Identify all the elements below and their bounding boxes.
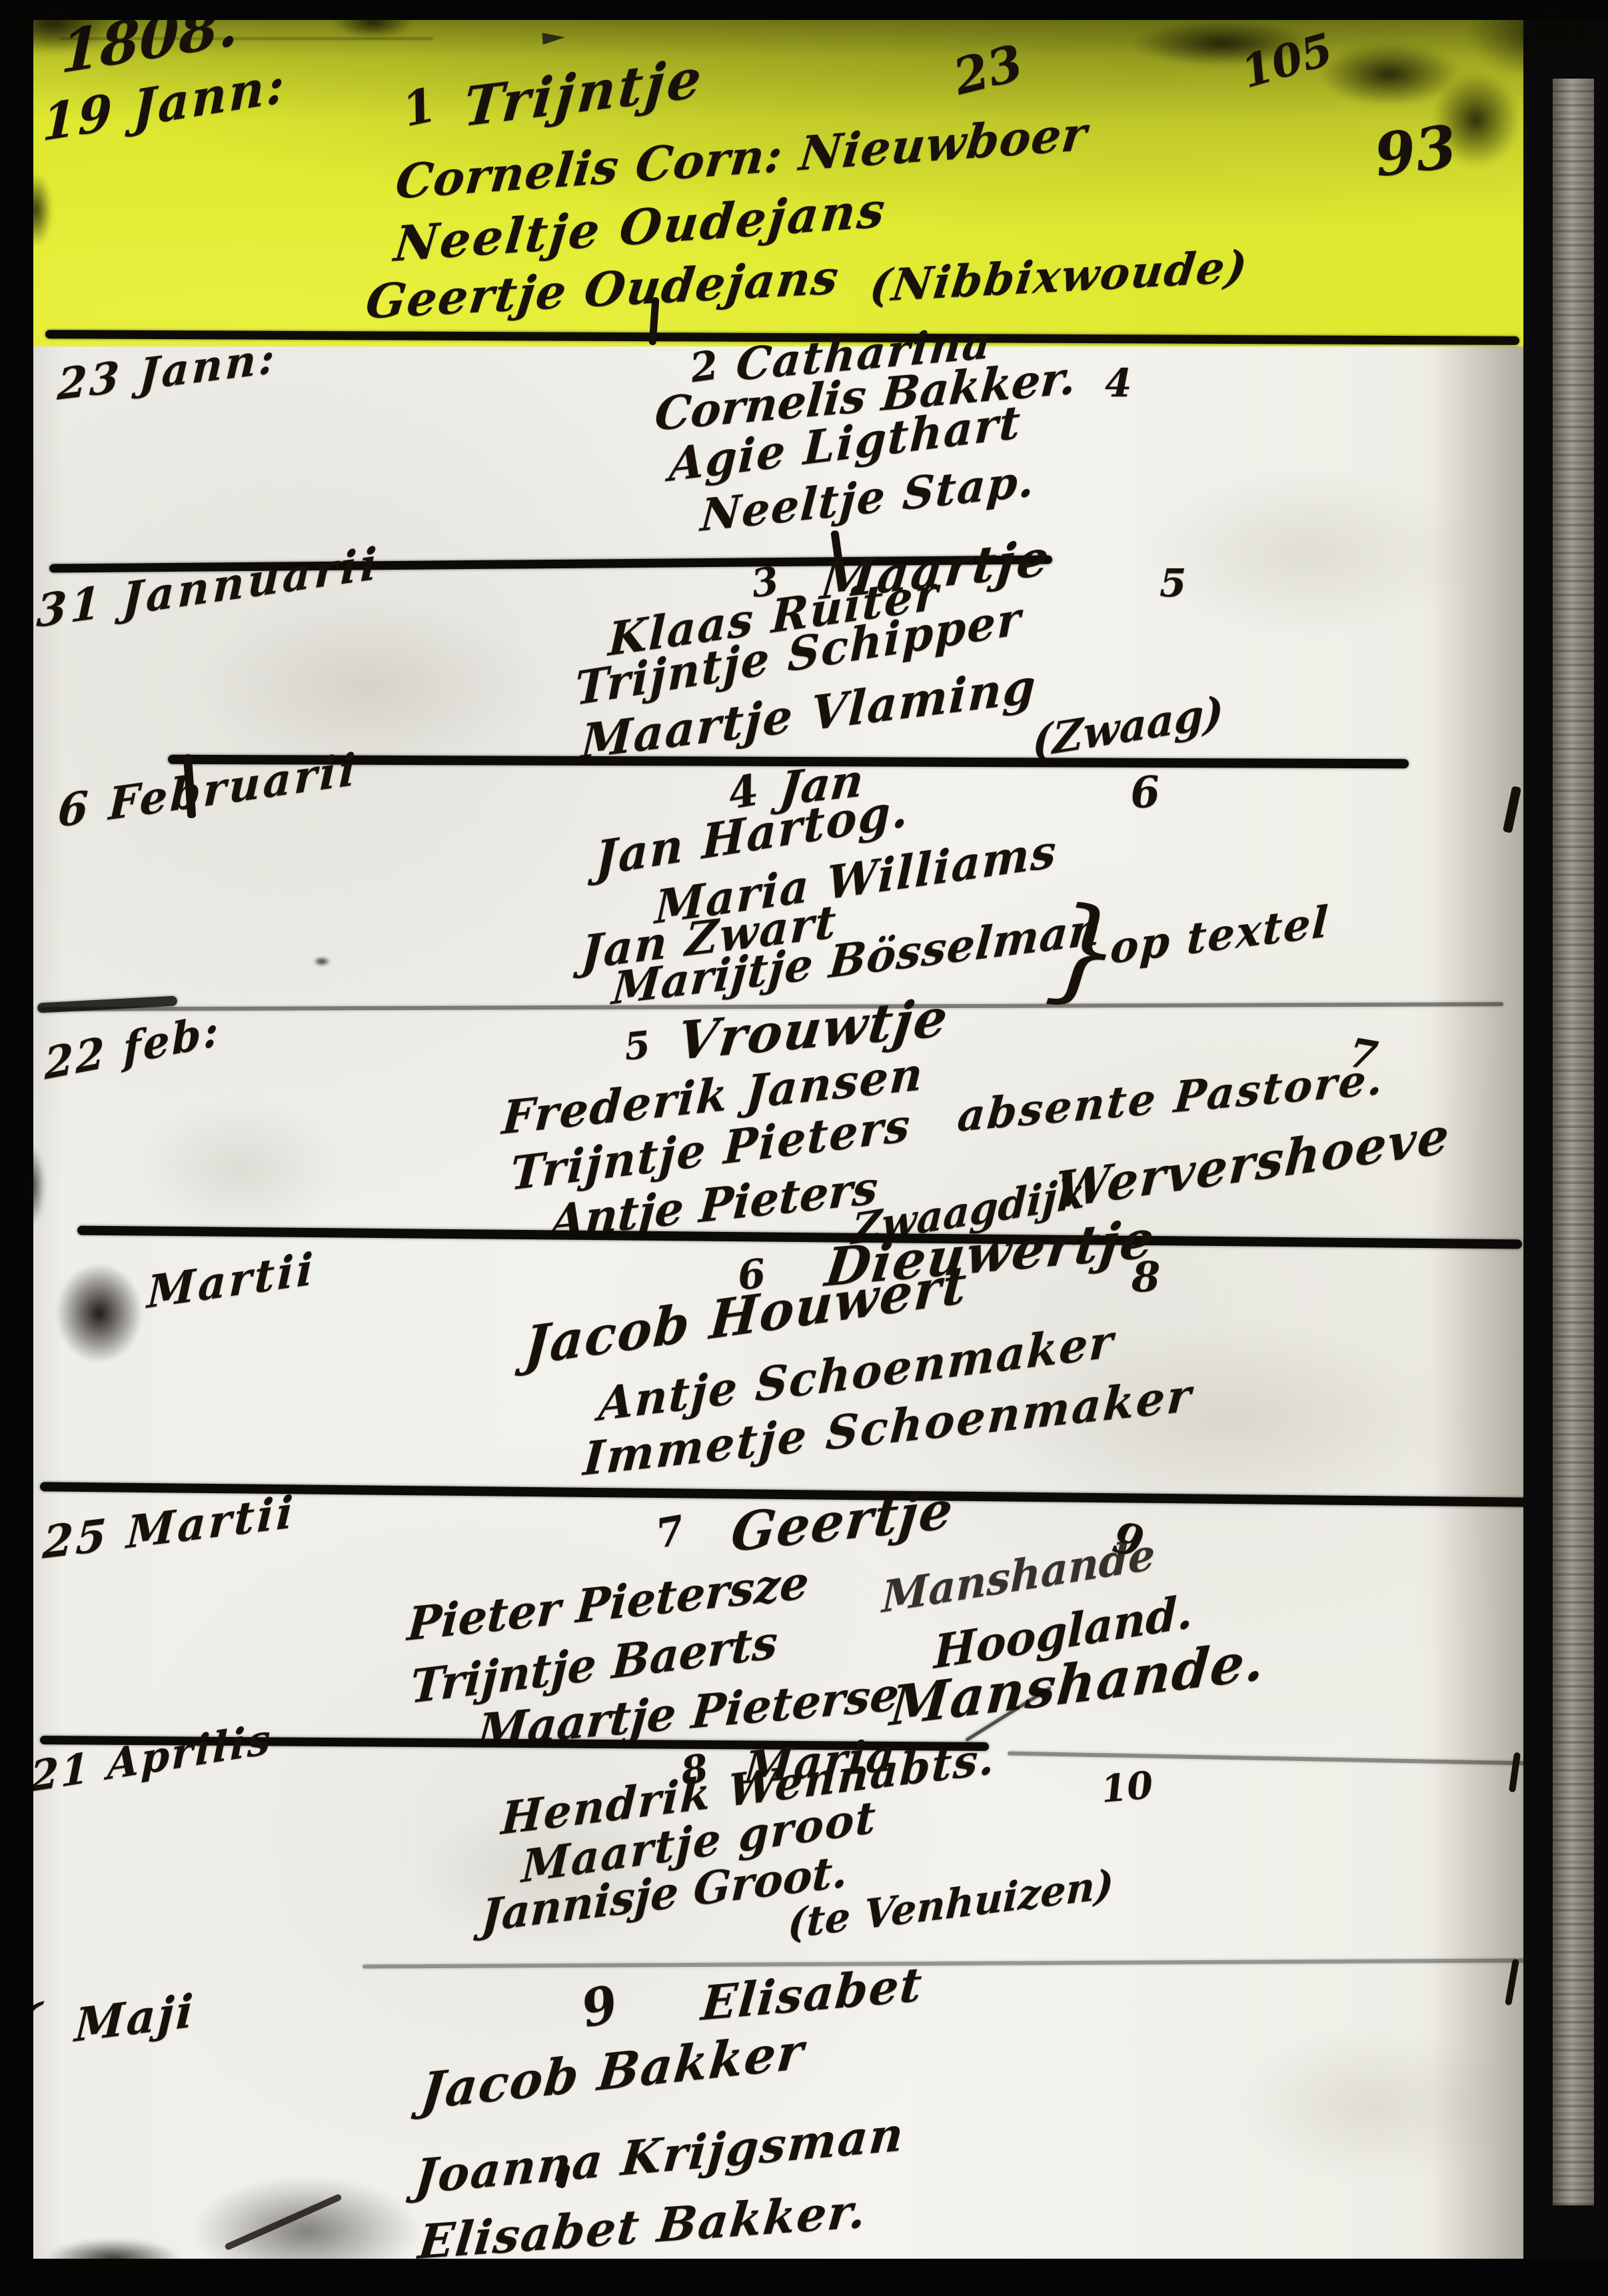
scan-border-bottom — [0, 2259, 1608, 2296]
margin-number: 4 — [1105, 364, 1132, 402]
ink-blot — [56, 1263, 143, 1363]
register-page-scan: 1808. 19 Jann: 1 Trijntje Cornelis Corn:… — [0, 0, 1608, 2296]
paper-stain — [1133, 466, 1479, 640]
ink-arrow-mark — [542, 31, 565, 45]
entry-date: 25 Martii — [41, 1489, 297, 1564]
margin-number: 8 — [1132, 1257, 1160, 1298]
paper-stain — [133, 1099, 347, 1239]
margin-number: 10 — [1100, 1766, 1155, 1808]
scribble-number: 23 — [949, 38, 1028, 103]
witness-name: Elisabet Bakker. — [416, 2187, 870, 2266]
border-blob — [16, 1146, 45, 1226]
entry-date: 23 Jann: — [57, 337, 279, 407]
book-page-edges — [1553, 79, 1594, 2205]
entry-date: Martii — [147, 1246, 317, 1314]
witness-note: (Zwaag) — [1032, 691, 1224, 764]
entry-date: Maji — [73, 1988, 196, 2049]
entry-number: 5 — [622, 1026, 652, 1066]
ink-speck — [313, 957, 331, 966]
annotation: op textel — [1110, 901, 1331, 971]
child-name: Elisabet — [700, 1961, 925, 2027]
entry-date: 22 feb: — [44, 1009, 221, 1087]
border-blob — [19, 173, 52, 247]
scan-border-top — [0, 0, 1608, 20]
entry-number: 9 — [577, 1978, 622, 2035]
father-name: Jacob Bakker — [418, 2027, 807, 2117]
border-blob — [333, 5, 413, 39]
entry-date: 21 Aprilis — [30, 1718, 273, 1798]
paper-stain — [200, 600, 546, 773]
rule-line-faint — [363, 1958, 1526, 1968]
entry-number: 7 — [653, 1510, 688, 1554]
border-blob — [47, 2239, 180, 2279]
margin-number: 6 — [1129, 771, 1162, 816]
margin-number: 5 — [1160, 564, 1186, 602]
folio-number: 93 — [1371, 117, 1459, 185]
